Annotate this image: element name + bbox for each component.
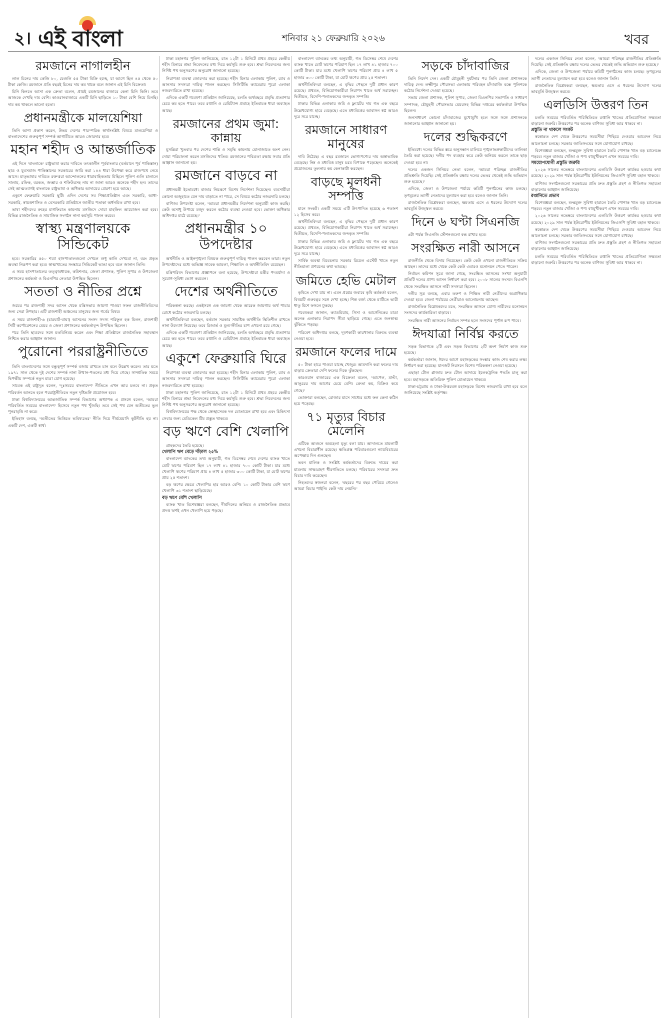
column-1: রমজানে নাগালহীন লাল চিনের দাম কেজি ৮০, য… [8,56,158,1018]
paragraph: কর্মকর্তারা জানান, ঈদের আগে মহাসড়কের সং… [404,357,527,369]
headline[interactable]: বাড়ছে মূলধনী সম্পত্তি [294,175,398,203]
article[interactable]: বড় ঋণে বেশি খেলাপি গ্রাহকদের তৈরি হয়েছ… [162,425,290,514]
article[interactable]: রমজানে সাধারণ মানুষের দাবি উঠেছে। এ বছর … [294,123,398,172]
paragraph: রাজনৈতিক বিশ্লেষকরা বলছেন, ক্ষমতায় এসে … [531,83,661,95]
paragraph: বিশেষজ্ঞরা বলছেন, শুল্কমুক্ত সুবিধা হারা… [531,148,661,160]
issue-date: শনিবার ২১ ফেব্রুয়ারি ২০২৬ [0,31,667,46]
article-body: জয়ের পর রাজশাহী সদর আসন থেকে মন্ত্রিসভা… [8,303,158,342]
article[interactable]: সততা ও নীতির প্রশ্নে জয়ের পর রাজশাহী সদ… [8,285,158,343]
paragraph: ভাষা শহীদদের রুহের মাগফিরাত কামনায় মসজি… [8,207,158,219]
paragraph: গবেষকরা জানান, ক্যাডমিয়াম, সিসা ও আর্সে… [294,310,398,329]
headline[interactable]: পুরোনো পররাষ্ট্রনীতিতে [8,345,158,360]
article[interactable]: পুরোনো পররাষ্ট্রনীতিতে তিনি বাংলাদেশের স… [8,345,158,428]
article-body: দলের একজন সিনিয়র নেতা বলেন, 'আমরা পরিচ্… [531,56,661,95]
headline[interactable]: রমজানের প্রথম জুমা: কান্নায় [162,117,290,145]
article-body: ৫০ টাকা হারে পাওয়া যাচ্ছে খেজুর। আমদানি… [294,362,398,407]
paragraph: বাংলাদেশ ব্যাংকের তথ্য অনুযায়ী, গত ডিসে… [294,56,398,81]
article[interactable]: বাড়ছে মূলধনী সম্পত্তি মানে সংকট। একটি স… [294,175,398,271]
paragraph: রাজনৈতিক বিশ্লেষকরা বলছেন, ক্ষমতায় এসে … [404,200,527,212]
paragraph: দলের একজন সিনিয়র নেতা বলেন, 'আমরা পরিচ্… [404,167,527,186]
paragraph: ঢাকা বিশ্ববিদ্যালয়ের আন্তর্জাতিক সম্পর্… [8,397,158,416]
paragraph: স্বল্পোন্নত দেশ থেকে উত্তরণের সময়সীমা প… [531,134,661,146]
article-body: প্রধানমন্ত্রী ইতোমধ্যে বাজার নিয়ন্ত্রণে… [162,187,290,219]
paragraph: ইতিমধ্যে দলের বিভিন্ন স্তরে অনুসন্ধান চা… [404,147,527,166]
article[interactable]: সংরক্ষিত নারী আসনে রাজনীতি থেকে বিদায় ন… [404,241,527,324]
article[interactable]: ৭১ মৃত্যুর বিচার মেলেনি এটিকে আগুনে অবহে… [294,410,398,492]
headline[interactable]: দিনে ৬ ঘণ্টা সিএনজি [404,215,527,229]
article[interactable]: এলডিসি উত্তরণ তিন চলতি সময়ের পরিবর্তিত … [531,98,661,266]
article[interactable]: মহান শহীদ ও আন্তর্জাতিক এই দিনে 'বাংলাকে… [8,143,158,219]
article[interactable]: ঈদযাত্রা নির্বিঘ্ন করতে সড়ক বিভাগকে ২টি… [404,327,527,396]
column-5: দলের একজন সিনিয়র নেতা বলেন, 'আমরা পরিচ্… [531,56,661,1018]
paragraph: মন্ত্রিপরিষদ বিভাগের প্রজ্ঞাপনে বলা হয়ে… [162,270,290,282]
article[interactable]: রমজানে বাড়বে না প্রধানমন্ত্রী ইতোমধ্যে … [162,169,290,219]
column-3-4: বাংলাদেশ ব্যাংকের তথ্য অনুযায়ী, গত ডিসে… [294,56,527,1018]
article-body: হবে। সরকারির ৫৫০ শয্যা হাসপাতালগুলো দেখল… [8,256,158,282]
headline[interactable]: এলডিসি উত্তরণ তিন [531,98,661,112]
article-body: দাবি উঠেছে। এ বছর রমজানে ভোগ্যপণ্যের দাম… [294,154,398,173]
masthead-divider [8,51,659,52]
article-body: মুসল্লিরা খুতবার পর দেশের শান্তি ও সমৃদ্… [162,147,290,166]
headline[interactable]: প্রধানমন্ত্রীকে মালয়েশিয়া [8,111,158,125]
paragraph: নির্বাচন কমিশন সূত্রে জানা গেছে, সংরক্ষি… [404,271,527,290]
article[interactable]: স্বাস্থ্য মন্ত্রণালয়কে সিন্ডিকেট হবে। স… [8,222,158,282]
paragraph: সাবেক এই রাষ্ট্রদূত বলেন, 'দুঃসময়ে বাংল… [8,383,158,395]
paragraph: জনসাধারণ কোনো চাঁদাবাজের মুখোমুখি হলে সঙ… [404,115,527,127]
paragraph: ৫০ টাকা হারে পাওয়া যাচ্ছে খেজুর। আমদানি… [294,362,398,374]
article-body: মানে সংকট। একটি সময়ে এটি উৎপাদিত হয়েছে… [294,206,398,271]
paragraph: ৬টা পর্যন্ত সিএনজি স্টেশনগুলো বন্ধ রাখার… [404,232,527,238]
article-body: তিনি আশা প্রকাশ করেন, উভয় দেশের পারস্পর… [8,128,158,140]
paragraph: ঢাকার বিভিন্ন এলাকায় জমি ও ফ্ল্যাটের দা… [294,101,398,120]
paragraph: সভায় জেলা প্রশাসক, পুলিশ সুপার, জেলা বি… [404,95,527,114]
paragraph: মানে সংকট। একটি সময়ে এটি উৎপাদিত হয়েছে… [294,206,398,218]
paragraph: ঢাকা-চট্টগ্রাম ও ঢাকা-উত্তরবঙ্গ মহাসড়কে… [404,384,527,396]
article[interactable]: সড়কে চাঁদাবাজির তিনি নির্দেশ দেন। একটি … [404,59,527,127]
article-body: গ্রাহকদের তৈরি হয়েছে। খেলাপি ঋণ বেড়ে দ… [162,443,290,514]
paragraph: দাবি উঠেছে। এ বছর রমজানে ভোগ্যপণ্যের দাম… [294,154,398,173]
column-divider [528,56,529,1018]
paragraph: চলতি সময়ের পরিবর্তিত পরিস্থিতিতে রপ্তান… [531,254,661,266]
article-body: লাল চিনের দাম কেজি ৮০, যেগুলি ৫৫ টাকা বি… [8,76,158,108]
article[interactable]: দিনে ৬ ঘণ্টা সিএনজি ৬টা পর্যন্ত সিএনজি স… [404,215,527,238]
headline[interactable]: সততা ও নীতির প্রশ্নে [8,285,158,300]
article[interactable]: ঢাকা মহানগর পুলিশ জানিয়েছে, রাত ১২টা ১ … [162,56,290,114]
article-body: ঢাকা মহানগর পুলিশ জানিয়েছে, রাত ১২টা ১ … [162,56,290,114]
paragraph: অর্থনীতি ও আইনশৃঙ্খলা বিষয়ক গুরুত্বপূর্… [162,256,290,268]
paragraph: এদিকে, জেলা ও উপজেলা পর্যায়ে কমিটি পুনর… [404,186,527,198]
paragraph: নিরাপত্তা ব্যবস্থা জোরদার করা হয়েছে। শহ… [162,370,290,389]
article-body: এই দিনে 'বাংলাকে' রাষ্ট্রভাষা করার দাবিত… [8,161,158,219]
paragraph: অর্থনীতিবিদরা বলছেন, এ বৃদ্ধির পেছনে দুট… [294,82,398,101]
column-2: ঢাকা মহানগর পুলিশ জানিয়েছে, রাত ১২টা ১ … [162,56,290,1018]
paragraph: অর্থনীতিবিদরা বলছেন, বর্তমান সরকার সামষ্… [162,317,290,329]
paragraph: সংরক্ষিত নারী আসনের নির্বাচন সম্পন্ন হলে… [404,318,527,324]
headline[interactable]: রমজানে নাগালহীন [8,59,158,73]
paragraph: এদিকে একটি গবেষণা প্রতিষ্ঠান জানিয়েছে, … [162,330,290,349]
paragraph: একুশে ফেব্রুয়ারি সরকারি ছুটি। এদিন দেশে… [8,193,158,205]
headline[interactable]: প্রধানমন্ত্রীর ১০ উপদেষ্টার [162,222,290,253]
paragraph: হবে। সরকারির ৫৫০ শয্যা হাসপাতালগুলো দেখল… [8,256,158,268]
article-body: পরিকল্পনা করছে। একইসঙ্গে এক জায়গা থেকে … [162,303,290,348]
paragraph: বাংলাদেশ ব্যাংকের তথ্য অনুযায়ী, গত ডিসে… [162,456,290,481]
paragraph: বিশ্ববিদ্যালয়ের পক্ষ থেকে স্বেচ্ছাসেবক … [162,409,290,421]
paragraph: এছাড়া টোল প্লাজায় দ্রুত টোল আদায়ে ইলে… [404,370,527,382]
headline[interactable]: বড় ঋণে বেশি খেলাপি [162,425,290,440]
headline[interactable]: সড়কে চাঁদাবাজির [404,59,527,73]
paragraph: এ সময় হাসপাতালের তত্ত্বাবধায়ক, কমিশনার… [8,269,158,281]
paragraph: দলীয় সূত্র বলছে, এবার তরুণ ও শিক্ষিত না… [404,291,527,303]
paragraph: জয়ের পর রাজশাহী সদর আসন থেকে মন্ত্রিসভা… [8,303,158,315]
headline[interactable]: দলের শুদ্ধিকরণে [404,130,527,144]
paragraph: নিহতদের স্বজনরা বলেন, 'বছরের পর বছর পেরি… [294,480,398,492]
paragraph: মুসল্লিরা খুতবার পর দেশের শান্তি ও সমৃদ্… [162,147,290,166]
paragraph: এদিকে, জেলা ও উপজেলা পর্যায়ে কমিটি পুনর… [531,69,661,81]
paragraph: ঢাকা মহানগর পুলিশ জানিয়েছে, রাত ১২টা ১ … [162,390,290,409]
paragraph: এটিকে আগুনে অবহেলা মৃত্যু বলা যায়। আদাল… [294,441,398,460]
headline[interactable]: জমিতে হেভি মেটাল [294,274,398,288]
headline[interactable]: রমজানে ফলের দামে [294,345,398,359]
article-body: নিরাপত্তা ব্যবস্থা জোরদার করা হয়েছে। শহ… [162,370,290,422]
paragraph: ঢাকা মহানগর পুলিশ জানিয়েছে, রাত ১২টা ১ … [162,56,290,75]
paragraph: গ্রাহকদের তৈরি হয়েছে। [162,443,290,449]
paragraph: ভবন মালিক ও সংশ্লিষ্ট কর্মকর্তাদের বিরুদ… [294,460,398,479]
paragraph: তিনি আশা প্রকাশ করেন, উভয় দেশের পারস্পর… [8,128,158,140]
article[interactable]: প্রধানমন্ত্রীকে মালয়েশিয়া তিনি আশা প্র… [8,111,158,140]
paragraph: বিশেষজ্ঞরা বলছেন, শুল্কমুক্ত সুবিধা হারা… [531,200,661,212]
headline[interactable]: রমজানে সাধারণ মানুষের [294,123,398,151]
article-body: কৃষিতে দেখা যায় না। এমন প্রশ্নের জবাবে … [294,290,398,342]
paragraph: স্বল্পোন্নত দেশ থেকে উত্তরণের সময়সীমা প… [531,227,661,239]
column-divider [159,56,160,1018]
paragraph: বাণিজ্য উপদেষ্টা বলেন, 'আমরা প্রধানমন্ত্… [162,201,290,220]
headline[interactable]: রমজানে বাড়বে না [162,169,290,184]
headline[interactable]: ৭১ মৃত্যুর বিচার মেলেনি [294,410,398,438]
column-4: সড়কে চাঁদাবাজির তিনি নির্দেশ দেন। একটি … [404,56,527,495]
article[interactable]: দেশের অর্থনীতিতে পরিকল্পনা করছে। একইসঙ্গ… [162,285,290,349]
article-body: ৬টা পর্যন্ত সিএনজি স্টেশনগুলো বন্ধ রাখার… [404,232,527,238]
paragraph: পরে তিনি ছাত্রদের সঙ্গে মতবিনিময় করেন এ… [8,330,158,342]
paragraph: এই দিনে 'বাংলাকে' রাষ্ট্রভাষা করার দাবিত… [8,161,158,192]
paragraph: কারওয়ান বাজারের এক বিক্রেতা বলেন, 'আপেল… [294,375,398,394]
paragraph: চলতি সময়ের পরিবর্তিত পরিস্থিতিতে রপ্তান… [531,115,661,127]
headline[interactable]: সংরক্ষিত নারী আসনে [404,241,527,255]
article[interactable]: প্রধানমন্ত্রীর ১০ উপদেষ্টার অর্থনীতি ও আ… [162,222,290,282]
article[interactable]: রমজানে নাগালহীন লাল চিনের দাম কেজি ৮০, য… [8,59,158,108]
article[interactable]: দলের একজন সিনিয়র নেতা বলেন, 'আমরা পরিচ্… [531,56,661,95]
paragraph: তিনি নির্দেশ দেন। একটি চৌমুহনী দুর্ঘটনার… [404,76,527,95]
paragraph: লাল চিনের দাম কেজি ৮০, যেগুলি ৫৫ টাকা বি… [8,76,158,88]
paragraph: সড়ক বিভাগকে ২টি এবং সড়ক বিভাগের ২টি অং… [404,344,527,356]
article-body: তিনি বাংলাদেশের সঙ্গে বন্ধুত্বপূর্ণ সম্প… [8,364,158,429]
paragraph: বড় ঋণের ক্ষেত্রে খেলাপির হার আরও বেশি। … [162,482,290,494]
column-divider [291,56,292,1018]
paragraph: প্রধানমন্ত্রী ইতোমধ্যে বাজার নিয়ন্ত্রণে… [162,187,290,199]
paragraph: ঢাকার বিভিন্ন এলাকায় জমি ও ফ্ল্যাটের দা… [294,239,398,258]
article[interactable]: দলের শুদ্ধিকরণে ইতিমধ্যে দলের বিভিন্ন স্… [404,130,527,212]
paragraph: পরিকল্পনা করছে। একইসঙ্গে এক জায়গা থেকে … [162,303,290,315]
article-body: সড়ক বিভাগকে ২টি এবং সড়ক বিভাগের ২টি অং… [404,344,527,397]
article-body: ইতিমধ্যে দলের বিভিন্ন স্তরে অনুসন্ধান চা… [404,147,527,212]
paragraph: এদিকে একটি গবেষণা প্রতিষ্ঠান জানিয়েছে, … [162,95,290,114]
paragraph: রাজনৈতিক বিশ্লেষকদের মতে, সংরক্ষিত আসনে … [404,304,527,316]
paragraph: বাণিজ্য সংগঠনগুলো সরকারের প্রতি দ্রুত প্… [531,240,661,252]
article-body: রাজনীতি থেকে বিদায় নিয়েছেন। কেউ কেউ এখ… [404,258,527,324]
article[interactable]: জমিতে হেভি মেটাল কৃষিতে দেখা যায় না। এম… [294,274,398,342]
paragraph: ২০২৬ সালের নভেম্বরে বাংলাদেশের এলডিসি উত… [531,213,661,225]
paragraph: কৃষিতে দেখা যায় না। এমন প্রশ্নের জবাবে … [294,290,398,309]
article-body: তিনি নির্দেশ দেন। একটি চৌমুহনী দুর্ঘটনার… [404,76,527,128]
paragraph: নিরাপত্তা ব্যবস্থা জোরদার করা হয়েছে। শহ… [162,76,290,95]
paragraph: ইতিহাস বলছে, 'অতীতের ভিত্তিতে ভবিষ্যতের'… [8,416,158,428]
paragraph: দলের একজন সিনিয়র নেতা বলেন, 'আমরা পরিচ্… [531,56,661,68]
paragraph: তিনি বাংলাদেশের সঙ্গে বন্ধুত্বপূর্ণ সম্প… [8,364,158,383]
masthead: ২। এই বাংলা শনিবার ২১ ফেব্রুয়ারি ২০২৬ খ… [0,0,667,50]
paragraph: অর্থনীতিবিদরা বলছেন, এ বৃদ্ধির পেছনে দুট… [294,219,398,238]
paragraph: ব্যাংক খাত বিশেষজ্ঞরা বলছেন, দীর্ঘদিনের … [162,502,290,514]
article-body: বাংলাদেশ ব্যাংকের তথ্য অনুযায়ী, গত ডিসে… [294,56,398,120]
headline[interactable]: স্বাস্থ্য মন্ত্রণালয়কে সিন্ডিকেট [8,222,158,253]
article[interactable]: রমজানে ফলের দামে ৫০ টাকা হারে পাওয়া যাচ… [294,345,398,407]
article[interactable]: বাংলাদেশ ব্যাংকের তথ্য অনুযায়ী, গত ডিসে… [294,56,398,120]
headline[interactable]: দেশের অর্থনীতিতে [162,285,290,300]
article[interactable]: একুশে ফেব্রুয়ারি ঘিরে নিরাপত্তা ব্যবস্থ… [162,352,290,422]
column-3: বাংলাদেশ ব্যাংকের তথ্য অনুযায়ী, গত ডিসে… [294,56,398,495]
article-body: অর্থনীতি ও আইনশৃঙ্খলা বিষয়ক গুরুত্বপূর্… [162,256,290,282]
paragraph: ২০২৬ সালের নভেম্বরে বাংলাদেশের এলডিসি উত… [531,167,661,179]
article-body: চলতি সময়ের পরিবর্তিত পরিস্থিতিতে রপ্তান… [531,115,661,266]
section-title: খবর [624,28,649,52]
article-body: এটিকে আগুনে অবহেলা মৃত্যু বলা যায়। আদাল… [294,441,398,493]
paragraph: সার্বিক অবস্থা বিবেচনায় সরকার রিয়েল এস… [294,258,398,270]
paragraph: ভোক্তারা বলছেন, রোজার মাসে সাধ্যের মধ্যে… [294,395,398,407]
paragraph: চিনি কিনতে আসা এক ক্রেতা বলেন, প্রায়ই র… [8,89,158,108]
paragraph: বাণিজ্য সংগঠনগুলো সরকারের প্রতি দ্রুত প্… [531,181,661,193]
paragraph: পরিবেশ অধিদপ্তর বলছে, দূষণকারী কারখানার … [294,330,398,342]
paragraph: এ সময় রাজশাহী-৬ (চারঘাট-বাঘা) আসনের সংস… [8,317,158,329]
headline[interactable]: মহান শহীদ ও আন্তর্জাতিক [8,143,158,158]
article[interactable]: রমজানের প্রথম জুমা: কান্নায় মুসল্লিরা খ… [162,117,290,166]
paragraph: রাজনীতি থেকে বিদায় নিয়েছেন। কেউ কেউ এখ… [404,258,527,270]
headline[interactable]: একুশে ফেব্রুয়ারি ঘিরে [162,352,290,367]
headline[interactable]: ঈদযাত্রা নির্বিঘ্ন করতে [404,327,527,341]
